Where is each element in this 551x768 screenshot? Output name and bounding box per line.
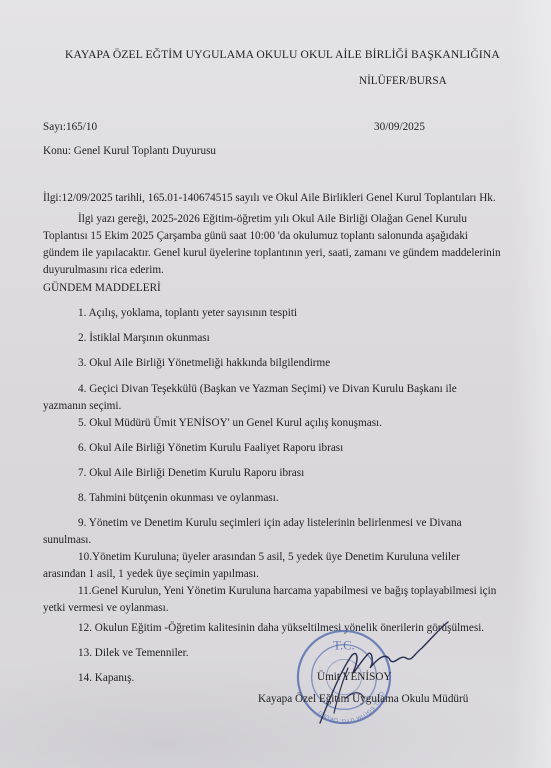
agenda-item-line: 3. Okul Aile Birliği Yönetmeliği hakkınd… [43, 355, 463, 372]
signatory-title: Kayapa Özel Eğitim Uygulama Okulu Müdürü [258, 692, 468, 706]
agenda-item: 4. Geçici Divan Teşekkülü (Başkan ve Yaz… [43, 381, 463, 415]
agenda-item: 7. Okul Aile Birliği Denetim Kurulu Rapo… [43, 465, 463, 482]
agenda-item: 11.Genel Kurulun, Yeni Yönetim Kuruluna … [43, 583, 463, 617]
agenda-item: 3. Okul Aile Birliği Yönetmeliği hakkınd… [43, 355, 463, 372]
agenda-heading: GÜNDEM MADDELERİ [43, 281, 161, 295]
paragraph-line: duyurulmasını rica ederim. [43, 262, 463, 279]
agenda-item-line: yetki vermesi ve oylanması. [43, 600, 463, 617]
agenda-item: 5. Okul Müdürü Ümit YENİSOY' un Genel Ku… [43, 415, 463, 432]
agenda-item-line: 9. Yönetim ve Denetim Kurulu seçimleri i… [43, 515, 463, 532]
addressee-title: KAYAPA ÖZEL EĞTİM UYGULAMA OKULU OKUL Aİ… [65, 48, 500, 62]
agenda-item-line: 2. İstiklal Marşının okunması [43, 330, 463, 347]
agenda-item: 2. İstiklal Marşının okunması [43, 330, 463, 347]
agenda-item-line: 6. Okul Aile Birliği Yönetim Kurulu Faal… [43, 440, 463, 457]
agenda-item-line: 1. Açılış, yoklama, toplantı yeter sayıs… [43, 305, 463, 322]
agenda-item-line: arasından 1 asil, 1 yedek üye seçimin ya… [43, 566, 463, 583]
agenda-item-line: 14. Kapanış. [43, 670, 463, 687]
agenda-item-line: 13. Dilek ve Temenniler. [43, 645, 463, 662]
document-date: 30/09/2025 [374, 120, 425, 134]
agenda-item: 12. Okulun Eğitim -Öğretim kalitesinin d… [43, 620, 463, 637]
agenda-item-line: 8. Tahmini bütçenin okunması ve oylanmas… [43, 490, 463, 507]
agenda-item-line: 4. Geçici Divan Teşekkülü (Başkan ve Yaz… [43, 381, 463, 398]
agenda-item-line: sunulması. [43, 532, 463, 549]
paper-shadow [0, 648, 551, 768]
signatory-name: Ümit YENİSOY [317, 670, 391, 684]
paragraph-line: İlgi yazı gereği, 2025-2026 Eğitim-öğret… [43, 211, 463, 228]
agenda-item: 6. Okul Aile Birliği Yönetim Kurulu Faal… [43, 440, 463, 457]
agenda-item-line: 10.Yönetim Kuruluna; üyeler arasından 5 … [43, 549, 463, 566]
agenda-item: 1. Açılış, yoklama, toplantı yeter sayıs… [43, 305, 463, 322]
agenda-item-line: 5. Okul Müdürü Ümit YENİSOY' un Genel Ku… [43, 415, 463, 432]
agenda-item-line: 12. Okulun Eğitim -Öğretim kalitesinin d… [43, 620, 463, 637]
document-page: KAYAPA ÖZEL EĞTİM UYGULAMA OKULU OKUL Aİ… [0, 0, 551, 768]
addressee-city: NİLÜFER/BURSA [359, 74, 447, 88]
agenda-item: 10.Yönetim Kuruluna; üyeler arasından 5 … [43, 549, 463, 583]
agenda-item: 9. Yönetim ve Denetim Kurulu seçimleri i… [43, 515, 463, 549]
agenda-item: 8. Tahmini bütçenin okunması ve oylanmas… [43, 490, 463, 507]
agenda-item: 14. Kapanış. [43, 670, 463, 687]
agenda-item-line: 7. Okul Aile Birliği Denetim Kurulu Rapo… [43, 465, 463, 482]
paragraph-line: gündem ile yapılacaktır. Genel kurul üye… [43, 245, 463, 262]
body-paragraph: İlgi yazı gereği, 2025-2026 Eğitim-öğret… [43, 211, 463, 279]
agenda-item: 13. Dilek ve Temenniler. [43, 645, 463, 662]
agenda-item-line: yazmanın seçimi. [43, 398, 463, 415]
related-reference: İlgi:12/09/2025 tarihli, 165.01-14067451… [43, 191, 496, 205]
subject-line: Konu: Genel Kurul Toplantı Duyurusu [43, 144, 216, 158]
reference-number: Sayı:165/10 [43, 120, 97, 134]
paragraph-line: Toplantısı 15 Ekim 2025 Çarşamba günü sa… [43, 228, 463, 245]
agenda-item-line: 11.Genel Kurulun, Yeni Yönetim Kuruluna … [43, 583, 463, 600]
